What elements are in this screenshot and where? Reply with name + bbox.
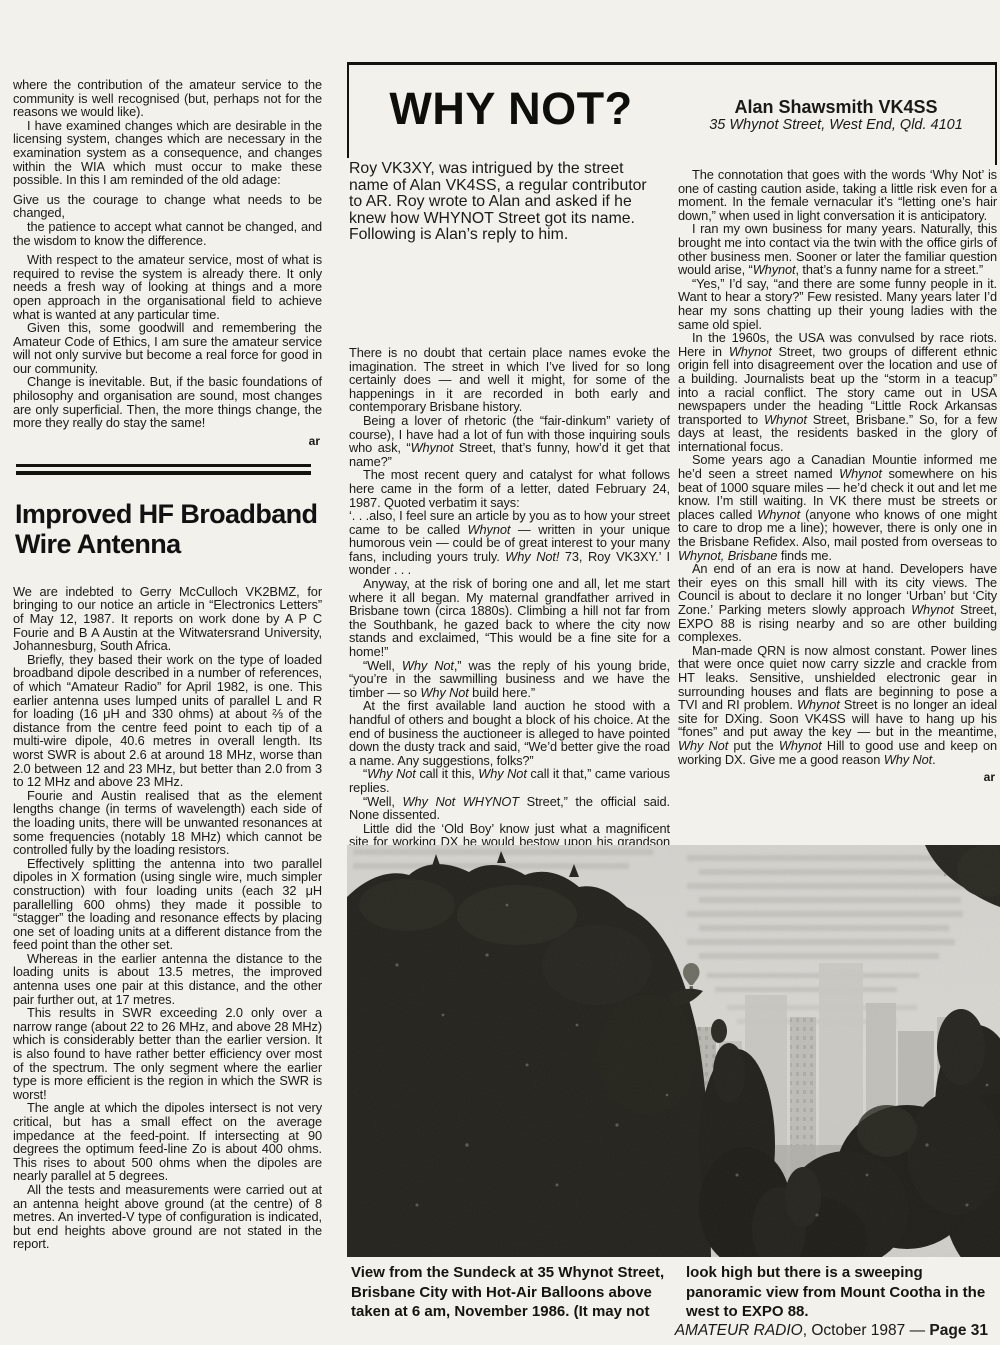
paragraph: “Yes,” I’d say, “and there are some funn… (678, 277, 997, 331)
photo-caption-left: View from the Sundeck at 35 Whynot Stree… (351, 1263, 667, 1322)
byline: Alan Shawsmith VK4SS 35 Whynot Street, W… (675, 97, 997, 134)
paragraph: ‘. . .also, I feel sure an article by yo… (349, 509, 670, 577)
paragraph: Fourie and Austin realised that as the e… (13, 789, 322, 857)
paragraph: All the tests and measurements were carr… (13, 1183, 322, 1251)
paragraph: An end of an era is now at hand. Develop… (678, 562, 997, 644)
whynot-column-1: Roy VK3XY, was intrigued by the street n… (349, 161, 670, 903)
paragraph: Give us the courage to change what needs… (13, 193, 322, 220)
paragraph: Given this, some goodwill and rememberin… (13, 321, 322, 375)
paragraph: The angle at which the dipoles intersect… (13, 1101, 322, 1183)
paragraph: where the contribution of the amateur se… (13, 78, 322, 119)
paragraph: “Well, Why Not WHYNOT Street,” the offic… (349, 795, 670, 822)
left-column: where the contribution of the amateur se… (13, 78, 322, 1251)
paragraph: The most recent query and catalyst for w… (349, 468, 670, 509)
antenna-title-line1: Improved HF Broadband (15, 499, 317, 529)
article-intro: Roy VK3XY, was intrigued by the street n… (349, 161, 649, 244)
footer-magazine-name: AMATEUR RADIO (675, 1322, 803, 1339)
photo-caption-right: look high but there is a sweeping panora… (686, 1263, 996, 1322)
paragraph: There is no doubt that certain place nam… (349, 346, 670, 414)
article-amateur-service: where the contribution of the amateur se… (13, 78, 322, 448)
paragraph: “Well, Why Not,” was the reply of his yo… (349, 659, 670, 700)
paragraph: Briefly, they based their work on the ty… (13, 653, 322, 789)
paragraph: This results in SWR exceeding 2.0 only o… (13, 1006, 322, 1101)
footer-issue: , October 1987 — (803, 1322, 930, 1339)
whynot-column-2: The connotation that goes with the words… (678, 168, 997, 784)
paragraph: Effectively splitting the antenna into t… (13, 857, 322, 952)
footer-page-number: Page 31 (929, 1322, 988, 1339)
page-footer: AMATEUR RADIO, October 1987 — Page 31 (675, 1322, 988, 1340)
halftone-grain (347, 845, 1000, 1257)
end-mark: ar (13, 434, 320, 448)
photo-illustration (347, 845, 1000, 1257)
paragraph: “Why Not call it this, Why Not call it t… (349, 767, 670, 794)
photo-brisbane-view (347, 845, 1000, 1257)
paragraph: At the first available land auction he s… (349, 699, 670, 767)
magazine-page: where the contribution of the amateur se… (0, 0, 1000, 1345)
author-name: Alan Shawsmith VK4SS (675, 97, 997, 117)
paragraph: Whereas in the earlier antenna the dista… (13, 952, 322, 1006)
paragraph: In the 1960s, the USA was convulsed by r… (678, 331, 997, 453)
paragraph: Some years ago a Canadian Mountie inform… (678, 453, 997, 562)
paragraph: With respect to the amateur service, mos… (13, 253, 322, 321)
antenna-article: We are indebted to Gerry McCulloch VK2BM… (13, 585, 322, 1251)
paragraph: The connotation that goes with the words… (678, 168, 997, 222)
author-address: 35 Whynot Street, West End, Qld. 4101 (675, 117, 997, 134)
paragraph: I ran my own business for many years. Na… (678, 222, 997, 276)
paragraph: Anyway, at the risk of boring one and al… (349, 577, 670, 659)
whynot-article-box: WHY NOT? Alan Shawsmith VK4SS 35 Whynot … (347, 62, 997, 845)
paragraph: Being a lover of rhetoric (the “fair-din… (349, 414, 670, 468)
paragraph: Man-made QRN is now almost constant. Pow… (678, 644, 997, 766)
paragraph: Change is inevitable. But, if the basic … (13, 375, 322, 429)
paragraph: the patience to accept what cannot be ch… (13, 220, 322, 247)
end-mark: ar (678, 770, 995, 784)
paragraph: I have examined changes which are desira… (13, 119, 322, 187)
antenna-article-title: Improved HF Broadband Wire Antenna (15, 499, 322, 559)
whynot-title: WHY NOT? (347, 83, 675, 135)
section-divider (16, 464, 311, 475)
paragraph: We are indebted to Gerry McCulloch VK2BM… (13, 585, 322, 653)
antenna-title-line2: Wire Antenna (15, 529, 181, 559)
